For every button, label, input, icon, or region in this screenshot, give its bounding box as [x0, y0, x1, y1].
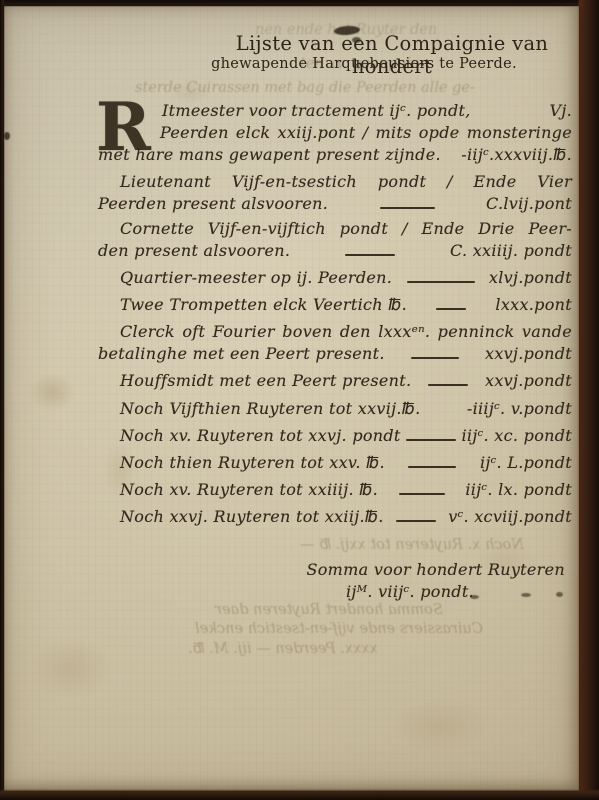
gap [401, 433, 462, 442]
entry-amount: ijᶜ. L.pondt [480, 453, 572, 472]
dash-rule [436, 308, 466, 311]
gap [378, 487, 465, 496]
entry-text: Noch xv. Ruyteren tot xxiiij. ℔. [120, 480, 378, 499]
entry-amount: -iijᶜ.xxxviij.℔. [461, 145, 572, 164]
dash-rule [428, 384, 468, 387]
entry-amount: iijᶜ. lx. pondt [465, 480, 572, 499]
entry-cornette-line-1: Cornette Vijf-en-vijftich pondt / Ende D… [120, 219, 572, 238]
dash-rule [380, 207, 435, 210]
printed-text-block: Lijste van een Compaignie van hondert gh… [0, 0, 599, 800]
entry-text: Noch thien Ruyteren tot xxv. ℔. [120, 453, 385, 472]
photo-edge-top [0, 0, 599, 7]
entry-lieutenant-line-2: Peerden present alsvooren. C.lvij.pont [98, 194, 572, 213]
entry-text: met hare mans gewapent present zijnde. [98, 145, 441, 164]
entry-clerck-line-2: betalinghe met een Peert present. xxvj.p… [98, 344, 572, 363]
entry-amount: Vj. [549, 101, 572, 120]
entry-ruyters-row: Noch xv. Ruyteren tot xxvj. pondt iijᶜ. … [120, 426, 572, 445]
somma-line-1: Somma voor hondert Ruyteren [306, 560, 565, 579]
entry-text: den present alsvooren. [98, 241, 290, 260]
gap [385, 351, 485, 360]
entry-houffsmidt: Houffsmidt met een Peert present. xxvj.p… [120, 371, 572, 390]
dash-rule [408, 466, 456, 469]
somma-line-2: ijᴹ. viijᶜ. pondt. [310, 582, 510, 601]
gap [411, 378, 485, 387]
entry-ritmeester-line-1: Itmeester voor tractement ijᶜ. pondt, Vj… [162, 101, 572, 120]
entry-text: betalinghe met een Peert present. [98, 344, 385, 363]
gap [385, 460, 480, 469]
book-page-photo: nen ende het Ruyter den ten xv. geappoin… [0, 0, 599, 800]
gap [407, 302, 495, 311]
entry-ruyters-row: Noch Vijfthien Ruyteren tot xxvij.℔. -ii… [120, 399, 572, 418]
entry-text: Itmeester voor tractement ijᶜ. pondt, [162, 101, 471, 120]
entry-text: Houffsmidt met een Peert present. [120, 371, 411, 390]
entry-lieutenant-line-1: Lieutenant Vijf-en-tsestich pondt / Ende… [120, 172, 572, 191]
entry-text: Peerden present alsvooren. [98, 194, 328, 213]
entry-amount: lxxx.pont [495, 295, 572, 314]
entry-ritmeester-line-2: Peerden elck xxiij.pont / mits opde mons… [160, 123, 572, 142]
dash-rule [345, 254, 395, 257]
book-fore-edge [577, 0, 599, 800]
entry-amount: -iiijᶜ. v.pondt [467, 399, 572, 418]
dash-rule [406, 439, 456, 442]
dash-rule [407, 281, 475, 284]
entry-clerck-line-1: Clerck oft Fourier boven den lxxxᵉⁿ. pen… [120, 322, 572, 341]
entry-trompetten: Twee Trompetten elck Veertich ℔. lxxx.po… [120, 295, 572, 314]
entry-text: Twee Trompetten elck Veertich ℔. [120, 295, 407, 314]
entry-amount: iijᶜ. xc. pondt [461, 426, 572, 445]
photo-edge-bottom [0, 789, 599, 800]
dash-rule [399, 493, 445, 496]
entry-amount: C. xxiiij. pondt [450, 241, 572, 260]
entry-cornette-line-2: den present alsvooren. C. xxiiij. pondt [98, 241, 572, 260]
entry-text: Noch xxvj. Ruyteren tot xxiij.℔. [120, 507, 384, 526]
dash-rule [396, 520, 436, 523]
entry-amount: xxvj.pondt [485, 371, 572, 390]
entry-ritmeester-line-3: met hare mans gewapent present zijnde. -… [98, 145, 572, 164]
entry-quartiermeester: Quartier-meester op ij. Peerden. xlvj.po… [120, 268, 572, 287]
entry-amount: vᶜ. xcviij.pondt [448, 507, 572, 526]
gap [290, 248, 450, 257]
dash-rule [411, 357, 459, 360]
gap [392, 275, 489, 284]
entry-ruyters-row: Noch xxvj. Ruyteren tot xxiij.℔. vᶜ. xcv… [120, 507, 572, 526]
entry-amount: xxvj.pondt [485, 344, 572, 363]
photo-edge-left [0, 0, 5, 800]
entry-ruyters-row: Noch thien Ruyteren tot xxv. ℔. ijᶜ. L.p… [120, 453, 572, 472]
gap [384, 514, 449, 523]
gap [328, 201, 486, 210]
entry-text: Noch Vijfthien Ruyteren tot xxvij.℔. [120, 399, 421, 418]
entry-ruyters-row: Noch xv. Ruyteren tot xxiiij. ℔. iijᶜ. l… [120, 480, 572, 499]
entry-text: Quartier-meester op ij. Peerden. [120, 268, 392, 287]
page-title-line-2: ghewapende Harquebousiers te Peerde. [160, 56, 568, 72]
entry-text: Noch xv. Ruyteren tot xxvj. pondt [120, 426, 401, 445]
entry-amount: C.lvij.pont [486, 194, 572, 213]
entry-amount: xlvj.pondt [489, 268, 572, 287]
